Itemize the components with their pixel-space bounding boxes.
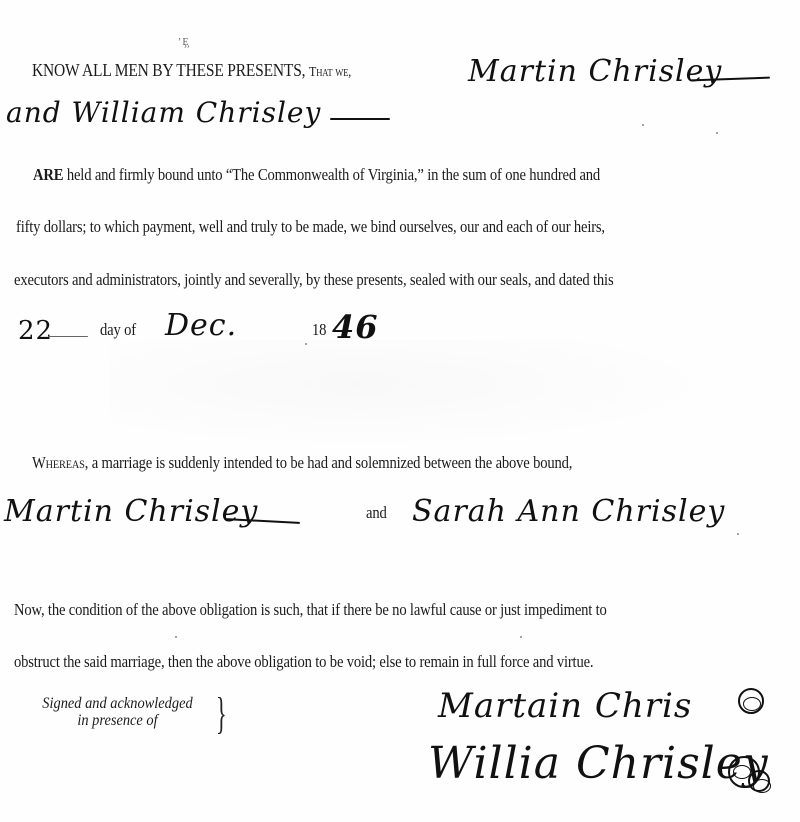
signature-flourish [330,118,390,120]
condition-line-2: obstruct the said marriage, then the abo… [14,652,593,672]
scan-speck [175,636,177,638]
signature-1: Martain Chris [438,686,692,726]
scan-speck [716,132,718,134]
attestation-line-2: in presence of [32,712,203,729]
brace-symbol: } [216,692,227,736]
faded-watermark [110,340,730,450]
handwritten-day: 22 [18,316,53,346]
handwritten-groom: Martin Chrisley [4,494,258,529]
scan-speck [520,636,522,638]
handwritten-obligor-2: and William Chrisley [6,96,321,129]
marriage-bond-page: ’ Ȩ̧ KNOW ALL MEN BY THESE PRESENTS, Th… [0,0,800,822]
handwritten-obligor-1: Martin Chrisley [468,54,722,89]
and-label: and [366,503,387,523]
scan-speck [642,124,644,126]
day-underline [48,336,88,337]
marginal-mark: ’ Ȩ̧ [178,36,188,48]
obligation-line-3: executors and administrators, jointly an… [14,270,613,290]
year-prefix: 18 [312,320,326,340]
that-we-text: That we, [309,65,351,80]
heading-text: KNOW ALL MEN BY THESE PRESENTS, [32,60,305,80]
whereas-text: a marriage is suddenly intended to be ha… [92,453,573,472]
signature-2: Willia Chrisley [428,738,769,789]
whereas-lead: Whereas, [32,453,88,472]
handwritten-bride: Sarah Ann Chrisley [412,494,725,529]
handwritten-year: 46 [332,308,379,346]
scan-speck [737,533,739,535]
whereas-line: Whereas, a marriage is suddenly intended… [32,453,572,473]
scan-speck [305,343,307,345]
condition-line-1: Now, the condition of the above obligati… [14,600,607,620]
seal-1-icon [738,688,764,714]
are-lead: ARE [33,165,63,184]
day-of-label: day of [100,320,136,340]
seal-2-loop-icon [748,770,770,792]
handwritten-month: Dec. [165,308,237,343]
attestation-block: Signed and acknowledged in presence of [32,695,203,729]
attestation-line-1: Signed and acknowledged [32,695,203,712]
obligation-line-1-text: held and firmly bound unto “The Commonwe… [67,165,600,184]
obligation-line-1: ARE held and firmly bound unto “The Comm… [33,165,600,185]
obligation-line-2: fifty dollars; to which payment, well an… [16,217,605,237]
preamble-heading: KNOW ALL MEN BY THESE PRESENTS, That we, [32,60,351,81]
